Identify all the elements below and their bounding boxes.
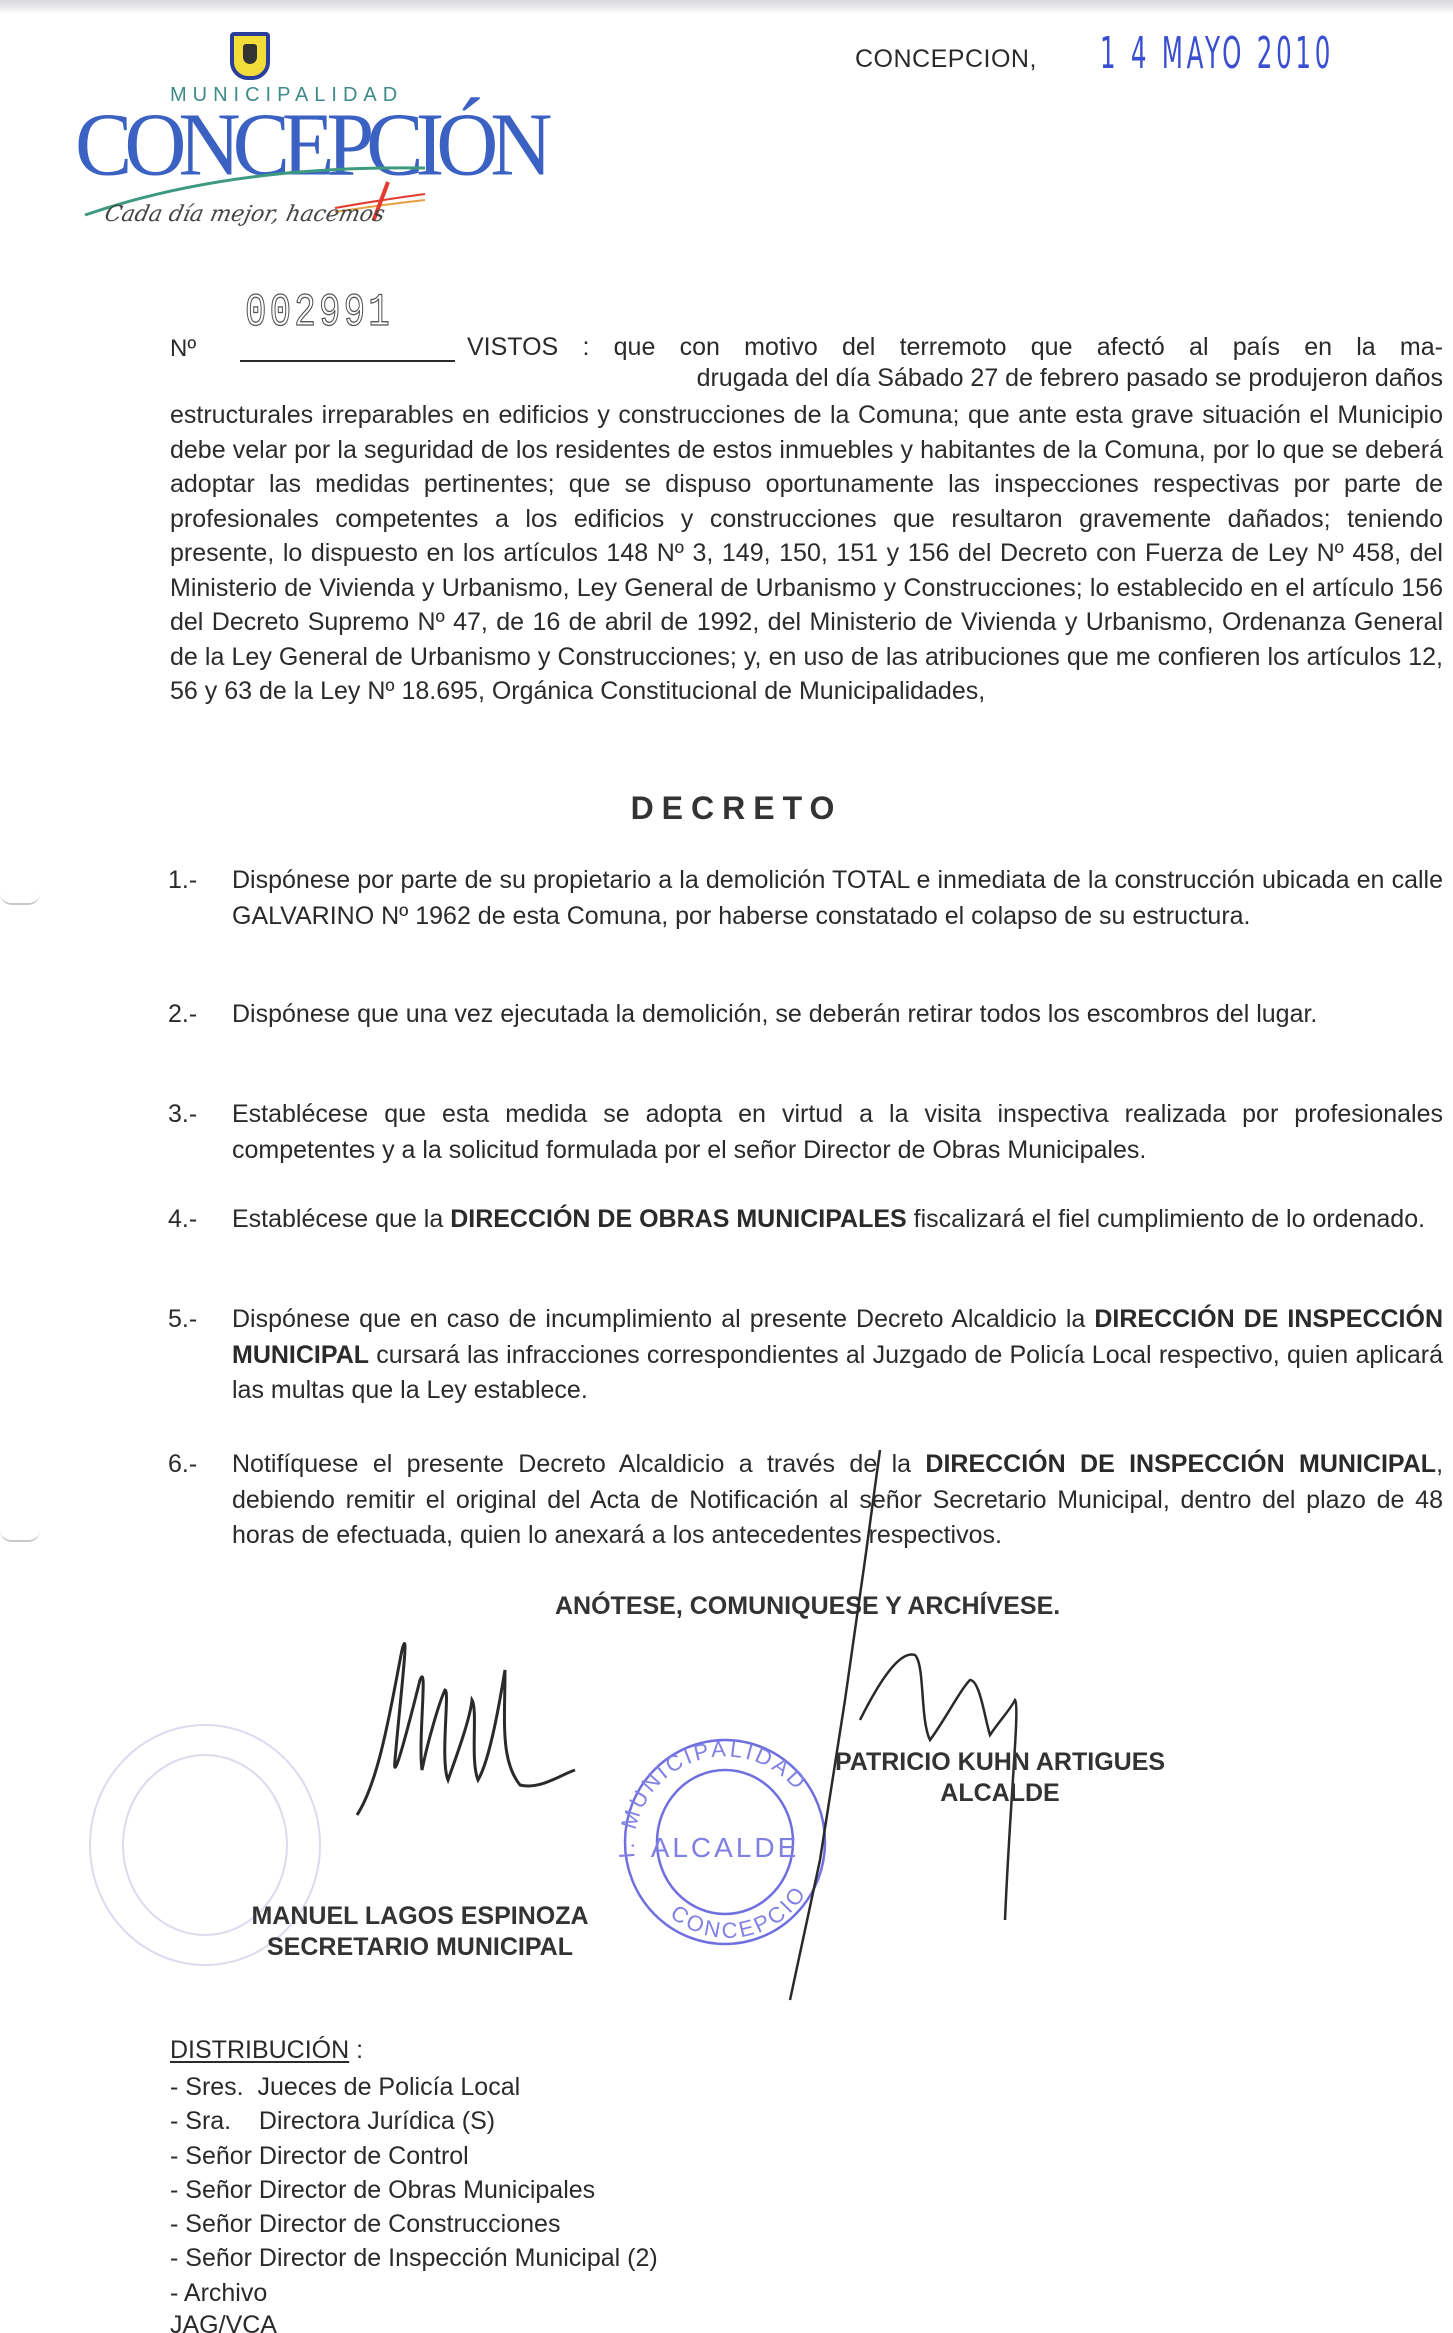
decree-item-number: 3.- [168,1097,197,1133]
decree-number-stamp: 002991 [245,287,393,339]
svg-text:I. MUNICIPALIDAD: I. MUNICIPALIDAD [614,1736,813,1859]
decree-item: 1.-Dispónese por parte de su propietario… [168,863,1443,934]
municipality-logo: MUNICIPALIDAD CONCEPCIÓN Cada día mejor,… [75,32,435,232]
decree-item-text: Establécese que la DIRECCIÓN DE OBRAS MU… [232,1202,1443,1238]
distribution-item: - Señor Director de Construcciones [170,2207,658,2241]
secretary-title: SECRETARIO MUNICIPAL [225,1932,615,1963]
decree-item-text-part: Dispónese que en caso de incumplimiento … [232,1305,1094,1333]
decree-item-text-part: Dispónese por parte de su propietario a … [232,866,1443,930]
distribution-item: - Señor Director de Control [170,2139,658,2173]
svg-text:ALCALDE: ALCALDE [651,1832,800,1863]
decree-item-text-part: Notifíquese el presente Decreto Alcaldic… [232,1450,925,1478]
distribution-heading: DISTRIBUCIÓN : [170,2036,363,2065]
decree-item-text-part: Establécese que esta medida se adopta en… [232,1100,1443,1164]
distribution-item: - Sres. Jueces de Policía Local [170,2070,658,2104]
mayor-name: PATRICIO KUHN ARTIGUES [800,1747,1200,1778]
decree-item: 5.-Dispónese que en caso de incumplimien… [168,1302,1443,1409]
typist-initials: JAG/VCA [170,2310,277,2333]
decree-item-text: Notifíquese el presente Decreto Alcaldic… [232,1447,1443,1554]
decree-item-emphasis: DIRECCIÓN DE INSPECCIÓN MUNICIPAL [925,1450,1436,1478]
decree-item-text: Establécese que esta medida se adopta en… [232,1097,1443,1168]
vistos-line-1: VISTOS : que con motivo del terremoto qu… [467,330,1443,365]
decree-item-number: 5.- [168,1302,197,1338]
decree-item-text: Dispónese por parte de su propietario a … [232,863,1443,934]
decree-item: 6.-Notifíquese el presente Decreto Alcal… [168,1447,1443,1554]
distribution-item: - Sra. Directora Jurídica (S) [170,2104,658,2138]
logo-slogan: Cada día mejor, hacemos [102,202,387,227]
decree-number-underline [240,360,455,362]
mayor-seal-icon: ALCALDE I. MUNICIPALIDAD CONCEPCION [0,0,825,1944]
decree-item: 4.-Establécese que la DIRECCIÓN DE OBRAS… [168,1202,1443,1238]
distribution-item: - Señor Director de Obras Municipales [170,2173,658,2207]
vistos-paragraph: estructurales irreparables en edificios … [170,398,1443,709]
mayor-title: ALCALDE [800,1778,1200,1809]
decree-item-text-part: Establécese que la [232,1205,450,1233]
scan-edge [0,0,1453,14]
punch-hole-mark [0,1530,40,1542]
decree-item-text: Dispónese que una vez ejecutada la demol… [232,997,1443,1033]
decree-item-number: 2.- [168,997,197,1033]
punch-hole-mark [0,893,40,905]
secretary-name: MANUEL LAGOS ESPINOZA [225,1901,615,1932]
decree-item: 2.-Dispónese que una vez ejecutada la de… [168,997,1443,1033]
decree-title: DECRETO [0,790,1453,827]
secretary-signature-block: MANUEL LAGOS ESPINOZA SECRETARIO MUNICIP… [225,1901,615,1963]
city-label: CONCEPCION, [855,45,1037,74]
decree-item-text-part: fiscalizará el fiel cumplimiento de lo o… [907,1205,1425,1233]
coat-of-arms-icon [230,32,270,80]
mayor-signature-block: PATRICIO KUHN ARTIGUES ALCALDE [800,1747,1200,1809]
decree-item-number: 6.- [168,1447,197,1483]
svg-text:CONCEPCION: CONCEPCION [0,0,812,1943]
decree-item-number: 4.- [168,1202,197,1238]
distribution-item: - Archivo [170,2276,658,2310]
distribution-item: - Señor Director de Inspección Municipal… [170,2241,658,2275]
secretary-signature [357,1643,575,1815]
decree-item-text: Dispónese que en caso de incumplimiento … [232,1302,1443,1409]
decree-item-emphasis: DIRECCIÓN DE OBRAS MUNICIPALES [450,1205,907,1233]
distribution-colon: : [349,2036,363,2064]
closing-formula: ANÓTESE, COMUNIQUESE Y ARCHÍVESE. [555,1592,1060,1621]
distribution-title: DISTRIBUCIÓN [170,2036,349,2064]
decree-item: 3.-Establécese que esta medida se adopta… [168,1097,1443,1168]
decree-item-text-part: Dispónese que una vez ejecutada la demol… [232,1000,1317,1028]
vistos-line-2: drugada del día Sábado 27 de febrero pas… [467,364,1443,393]
decree-item-text-part: cursará las infracciones correspondiente… [232,1341,1443,1405]
distribution-list: - Sres. Jueces de Policía Local- Sra. Di… [170,2070,658,2310]
decree-number-label: Nº [170,335,196,363]
decree-item-number: 1.- [168,863,197,899]
date-stamp: 1 4 MAYO 2010 [1100,28,1334,79]
